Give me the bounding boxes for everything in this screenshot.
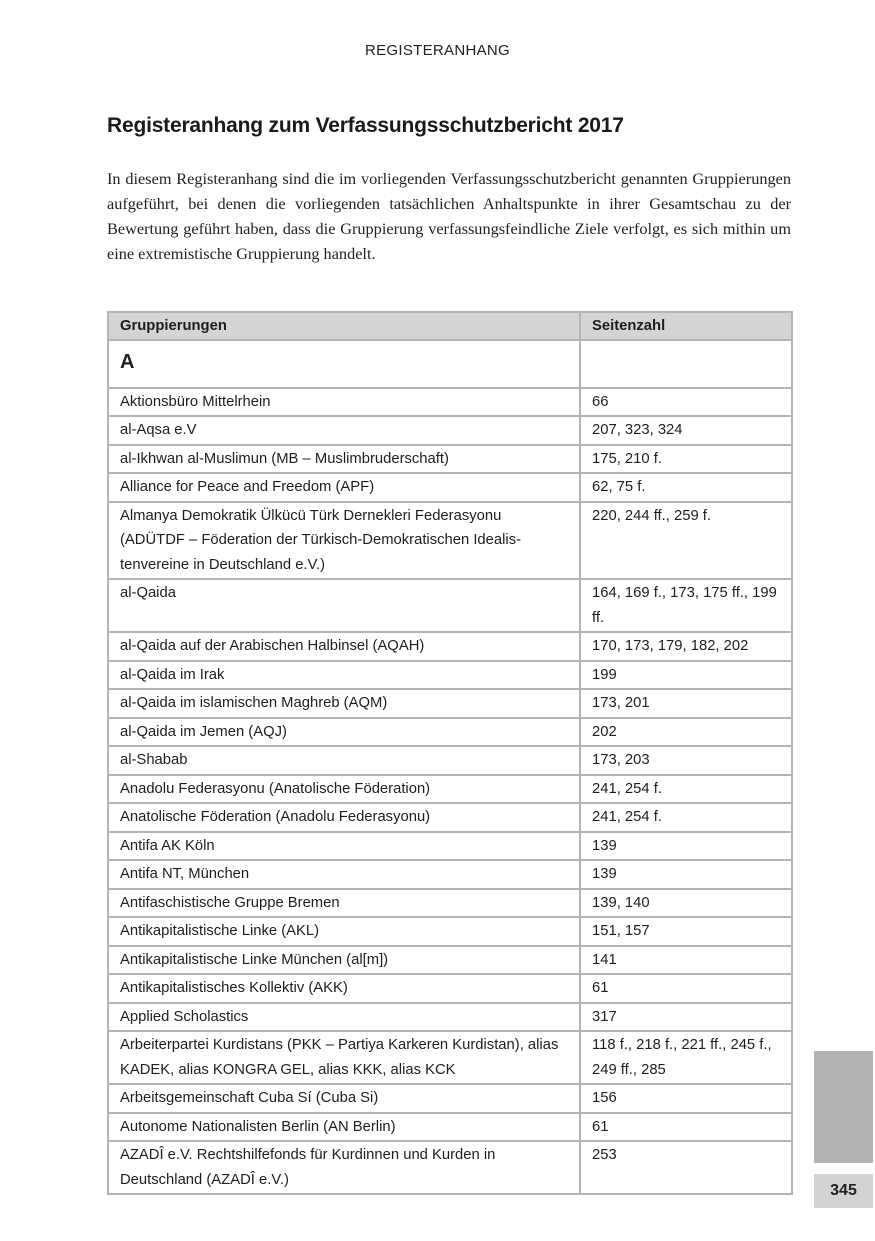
page-numbers-cell: 61	[580, 1113, 792, 1142]
table-row: Anadolu Federasyonu (Anatolische Föderat…	[108, 775, 792, 804]
page-numbers-cell: 241, 254 f.	[580, 803, 792, 832]
page-numbers-cell: 202	[580, 718, 792, 747]
group-name-cell: Antifaschistische Gruppe Bremen	[108, 889, 580, 918]
group-name-cell: al-Qaida	[108, 579, 580, 632]
page-numbers-cell: 151, 157	[580, 917, 792, 946]
page-numbers-cell: 139, 140	[580, 889, 792, 918]
section-letter-row: A	[108, 340, 792, 388]
group-name-cell: al-Qaida im Jemen (AQJ)	[108, 718, 580, 747]
group-name-cell: al-Ikhwan al-Muslimun (MB – Muslimbruder…	[108, 445, 580, 474]
chapter-tab-marker	[814, 1051, 873, 1163]
page-numbers-cell: 170, 173, 179, 182, 202	[580, 632, 792, 661]
table-row: Anatolische Föderation (Anadolu Federasy…	[108, 803, 792, 832]
page-numbers-cell: 139	[580, 832, 792, 861]
group-name-cell: AZADÎ e.V. Rechtshilfefonds für Kurdinne…	[108, 1141, 580, 1194]
table-row: Antikapitalistisches Kollektiv (AKK)61	[108, 974, 792, 1003]
group-name-cell: Alliance for Peace and Freedom (APF)	[108, 473, 580, 502]
page-numbers-cell: 220, 244 ff., 259 f.	[580, 502, 792, 580]
table-row: al-Aqsa e.V207, 323, 324	[108, 416, 792, 445]
page-numbers-cell: 156	[580, 1084, 792, 1113]
page-numbers-cell: 118 f., 218 f., 221 ff., 245 f., 249 ff.…	[580, 1031, 792, 1084]
page-numbers-cell: 173, 201	[580, 689, 792, 718]
page-numbers-cell: 62, 75 f.	[580, 473, 792, 502]
group-name-cell: Autonome Nationalisten Berlin (AN Berlin…	[108, 1113, 580, 1142]
table-row: al-Qaida im islamischen Maghreb (AQM)173…	[108, 689, 792, 718]
group-name-cell: Applied Scholastics	[108, 1003, 580, 1032]
group-name-cell: al-Qaida auf der Arabischen Halbinsel (A…	[108, 632, 580, 661]
page-numbers-cell: 141	[580, 946, 792, 975]
table-row: al-Ikhwan al-Muslimun (MB – Muslimbruder…	[108, 445, 792, 474]
table-row: al-Qaida auf der Arabischen Halbinsel (A…	[108, 632, 792, 661]
group-name-cell: Arbeitsgemeinschaft Cuba Sí (Cuba Si)	[108, 1084, 580, 1113]
group-name-cell: Anadolu Federasyonu (Anatolische Föderat…	[108, 775, 580, 804]
table-row: Almanya Demokratik Ülkücü Türk Dernekler…	[108, 502, 792, 580]
table-row: al-Shabab173, 203	[108, 746, 792, 775]
table-header-row: Gruppierungen Seitenzahl	[108, 312, 792, 340]
group-name-cell: Antikapitalistische Linke (AKL)	[108, 917, 580, 946]
section-letter-empty-cell	[580, 340, 792, 388]
table-row: Antifa NT, München139	[108, 860, 792, 889]
group-name-cell: al-Shabab	[108, 746, 580, 775]
table-row: Antifaschistische Gruppe Bremen139, 140	[108, 889, 792, 918]
group-name-cell: al-Qaida im islamischen Maghreb (AQM)	[108, 689, 580, 718]
page-numbers-cell: 164, 169 f., 173, 175 ff., 199 ff.	[580, 579, 792, 632]
table-row: Arbeiterpartei Kurdistans (PKK – Partiya…	[108, 1031, 792, 1084]
group-name-cell: Antikapitalistische Linke München (al[m]…	[108, 946, 580, 975]
page-numbers-cell: 241, 254 f.	[580, 775, 792, 804]
table-row: al-Qaida im Irak199	[108, 661, 792, 690]
group-name-cell: Antifa AK Köln	[108, 832, 580, 861]
running-head: REGISTERANHANG	[0, 42, 875, 59]
table-row: Antikapitalistische Linke München (al[m]…	[108, 946, 792, 975]
page-numbers-cell: 207, 323, 324	[580, 416, 792, 445]
page-numbers-cell: 139	[580, 860, 792, 889]
page-numbers-cell: 317	[580, 1003, 792, 1032]
page-numbers-cell: 66	[580, 388, 792, 417]
table-row: Antifa AK Köln139	[108, 832, 792, 861]
page-title: Registeranhang zum Verfassungsschutzberi…	[107, 114, 624, 138]
group-name-cell: al-Aqsa e.V	[108, 416, 580, 445]
page-numbers-cell: 61	[580, 974, 792, 1003]
page-numbers-cell: 253	[580, 1141, 792, 1194]
table-row: Aktionsbüro Mittelrhein66	[108, 388, 792, 417]
group-name-cell: Aktionsbüro Mittelrhein	[108, 388, 580, 417]
group-name-cell: Almanya Demokratik Ülkücü Türk Dernekler…	[108, 502, 580, 580]
table-row: AZADÎ e.V. Rechtshilfefonds für Kurdinne…	[108, 1141, 792, 1194]
table-row: Antikapitalistische Linke (AKL)151, 157	[108, 917, 792, 946]
table-row: al-Qaida164, 169 f., 173, 175 ff., 199 f…	[108, 579, 792, 632]
group-name-cell: Anatolische Föderation (Anadolu Federasy…	[108, 803, 580, 832]
page-number: 345	[814, 1174, 873, 1208]
table-row: Autonome Nationalisten Berlin (AN Berlin…	[108, 1113, 792, 1142]
page-numbers-cell: 173, 203	[580, 746, 792, 775]
group-name-cell: Arbeiterpartei Kurdistans (PKK – Partiya…	[108, 1031, 580, 1084]
section-letter: A	[108, 340, 580, 388]
group-name-cell: al-Qaida im Irak	[108, 661, 580, 690]
table-row: Arbeitsgemeinschaft Cuba Sí (Cuba Si)156	[108, 1084, 792, 1113]
register-table: Gruppierungen Seitenzahl A Aktionsbüro M…	[107, 311, 793, 1195]
group-name-cell: Antifa NT, München	[108, 860, 580, 889]
group-name-cell: Antikapitalistisches Kollektiv (AKK)	[108, 974, 580, 1003]
table-row: Alliance for Peace and Freedom (APF)62, …	[108, 473, 792, 502]
table-row: Applied Scholastics317	[108, 1003, 792, 1032]
column-header-pages: Seitenzahl	[580, 312, 792, 340]
page-numbers-cell: 175, 210 f.	[580, 445, 792, 474]
column-header-groups: Gruppierungen	[108, 312, 580, 340]
intro-paragraph: In diesem Registeranhang sind die im vor…	[107, 166, 791, 266]
table-row: al-Qaida im Jemen (AQJ)202	[108, 718, 792, 747]
page-numbers-cell: 199	[580, 661, 792, 690]
